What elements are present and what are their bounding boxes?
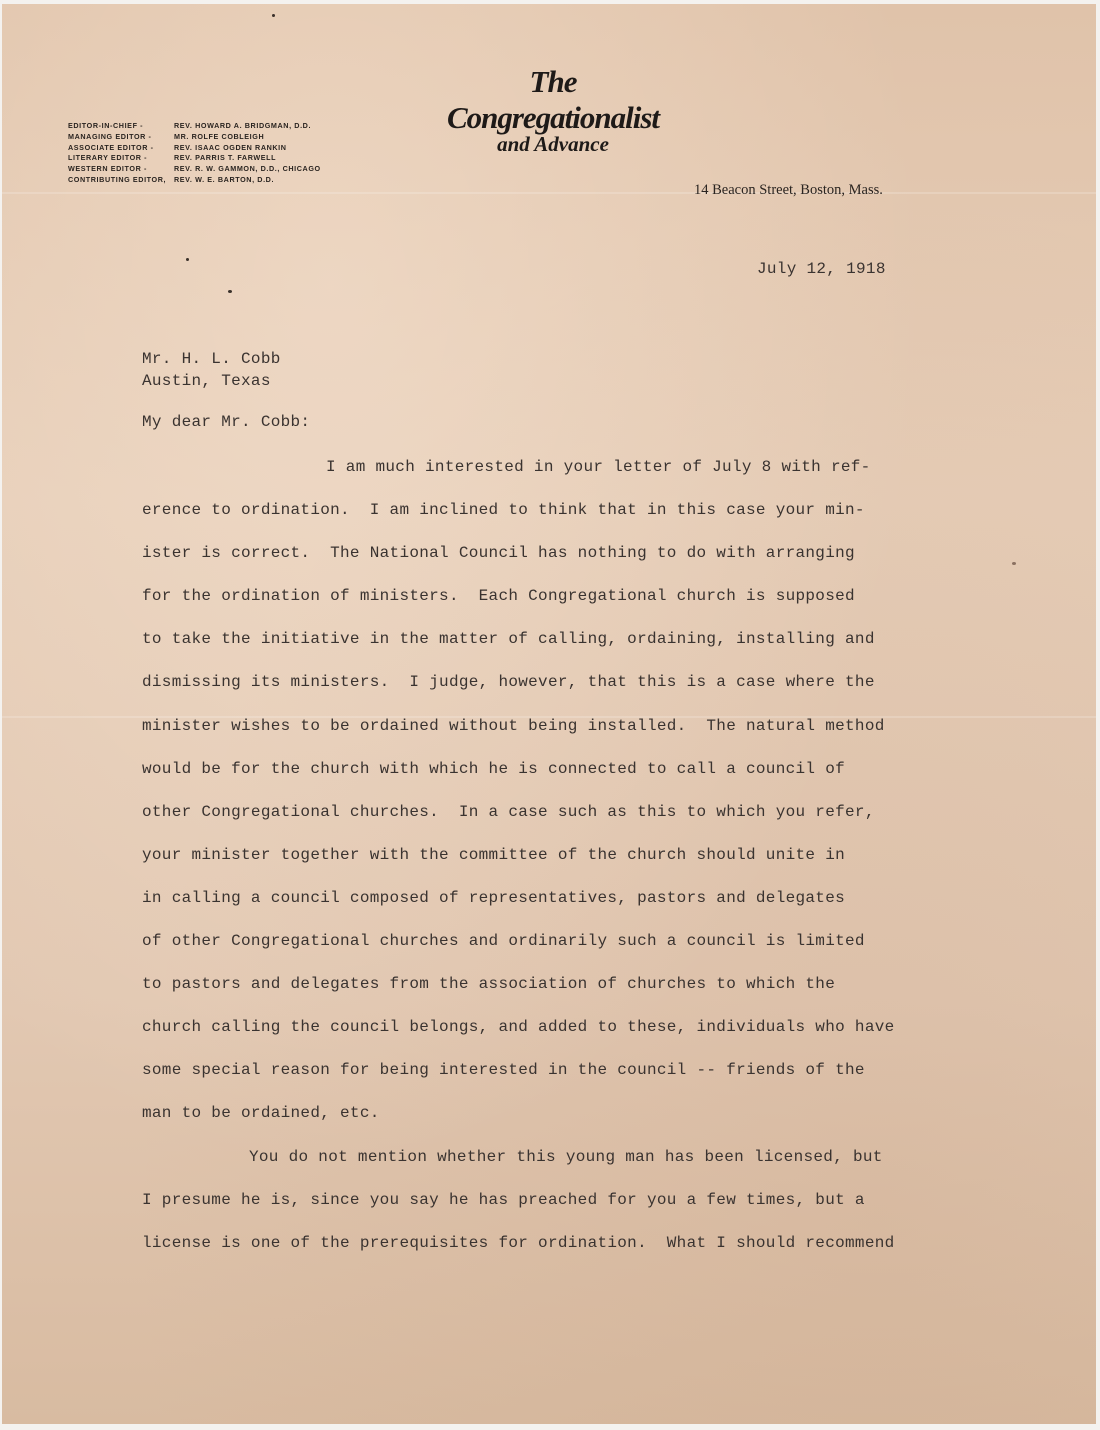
- salutation: My dear Mr. Cobb:: [142, 413, 310, 431]
- staff-role: Literary Editor -: [68, 153, 174, 164]
- recipient-name: Mr. H. L. Cobb: [142, 348, 281, 370]
- letter-date: July 12, 1918: [757, 260, 886, 278]
- body-line: for the ordination of ministers. Each Co…: [142, 585, 992, 628]
- body-line: man to be ordained, etc.: [142, 1102, 992, 1145]
- paper-speck: [272, 14, 275, 17]
- staff-name: Rev. W. E. Barton, D.D.: [174, 175, 274, 186]
- body-line: I am much interested in your letter of J…: [142, 456, 992, 499]
- staff-role: Western Editor -: [68, 164, 174, 175]
- staff-row: Literary Editor -Rev. Parris T. Farwell: [68, 153, 321, 164]
- paper-speck: [228, 290, 232, 293]
- paper-speck: [186, 258, 189, 261]
- body-line: ister is correct. The National Council h…: [142, 542, 992, 585]
- body-line: your minister together with the committe…: [142, 844, 992, 887]
- staff-name: Rev. Parris T. Farwell: [174, 153, 276, 164]
- editorial-staff-list: Editor-in-Chief -Rev. Howard A. Bridgman…: [68, 121, 321, 186]
- staff-row: Western Editor -Rev. R. W. Gammon, D.D.,…: [68, 164, 321, 175]
- staff-role: Managing Editor -: [68, 132, 174, 143]
- body-line: church calling the council belongs, and …: [142, 1016, 992, 1059]
- body-line: dismissing its ministers. I judge, howev…: [142, 671, 992, 714]
- body-line: other Congregational churches. In a case…: [142, 801, 992, 844]
- body-line: minister wishes to be ordained without b…: [142, 715, 992, 758]
- body-line: some special reason for being interested…: [142, 1059, 992, 1102]
- staff-role: Contributing Editor,: [68, 175, 174, 186]
- staff-row: Managing Editor -Mr. Rolfe Cobleigh: [68, 132, 321, 143]
- body-line: to pastors and delegates from the associ…: [142, 973, 992, 1016]
- paper-fold: [2, 192, 1096, 194]
- letterhead-address: 14 Beacon Street, Boston, Mass.: [694, 182, 883, 199]
- staff-role: Editor-in-Chief -: [68, 121, 174, 132]
- body-line: I presume he is, since you say he has pr…: [142, 1189, 992, 1232]
- body-line: erence to ordination. I am inclined to t…: [142, 499, 992, 542]
- recipient-location: Austin, Texas: [142, 370, 281, 392]
- staff-name: Rev. Howard A. Bridgman, D.D.: [174, 121, 311, 132]
- letter-body: I am much interested in your letter of J…: [142, 456, 992, 1275]
- staff-name: Mr. Rolfe Cobleigh: [174, 132, 264, 143]
- body-line: license is one of the prerequisites for …: [142, 1232, 992, 1275]
- staff-name: Rev. Isaac Ogden Rankin: [174, 143, 287, 154]
- body-line: of other Congregational churches and ord…: [142, 930, 992, 973]
- staff-row: Editor-in-Chief -Rev. Howard A. Bridgman…: [68, 121, 321, 132]
- staff-role: Associate Editor -: [68, 143, 174, 154]
- body-line: in calling a council composed of represe…: [142, 887, 992, 930]
- recipient-block: Mr. H. L. Cobb Austin, Texas: [142, 348, 281, 392]
- publication-title: The Congregationalist: [422, 64, 684, 136]
- body-line: to take the initiative in the matter of …: [142, 628, 992, 671]
- staff-name: Rev. R. W. Gammon, D.D., Chicago: [174, 164, 321, 175]
- body-line: You do not mention whether this young ma…: [142, 1146, 992, 1189]
- staff-row: Contributing Editor,Rev. W. E. Barton, D…: [68, 175, 321, 186]
- letter-page: The Congregationalist and Advance Editor…: [2, 4, 1096, 1424]
- letterhead-masthead: The Congregationalist and Advance: [422, 64, 684, 157]
- staff-row: Associate Editor -Rev. Isaac Ogden Ranki…: [68, 143, 321, 154]
- paper-speck: [1012, 562, 1016, 565]
- body-line: would be for the church with which he is…: [142, 758, 992, 801]
